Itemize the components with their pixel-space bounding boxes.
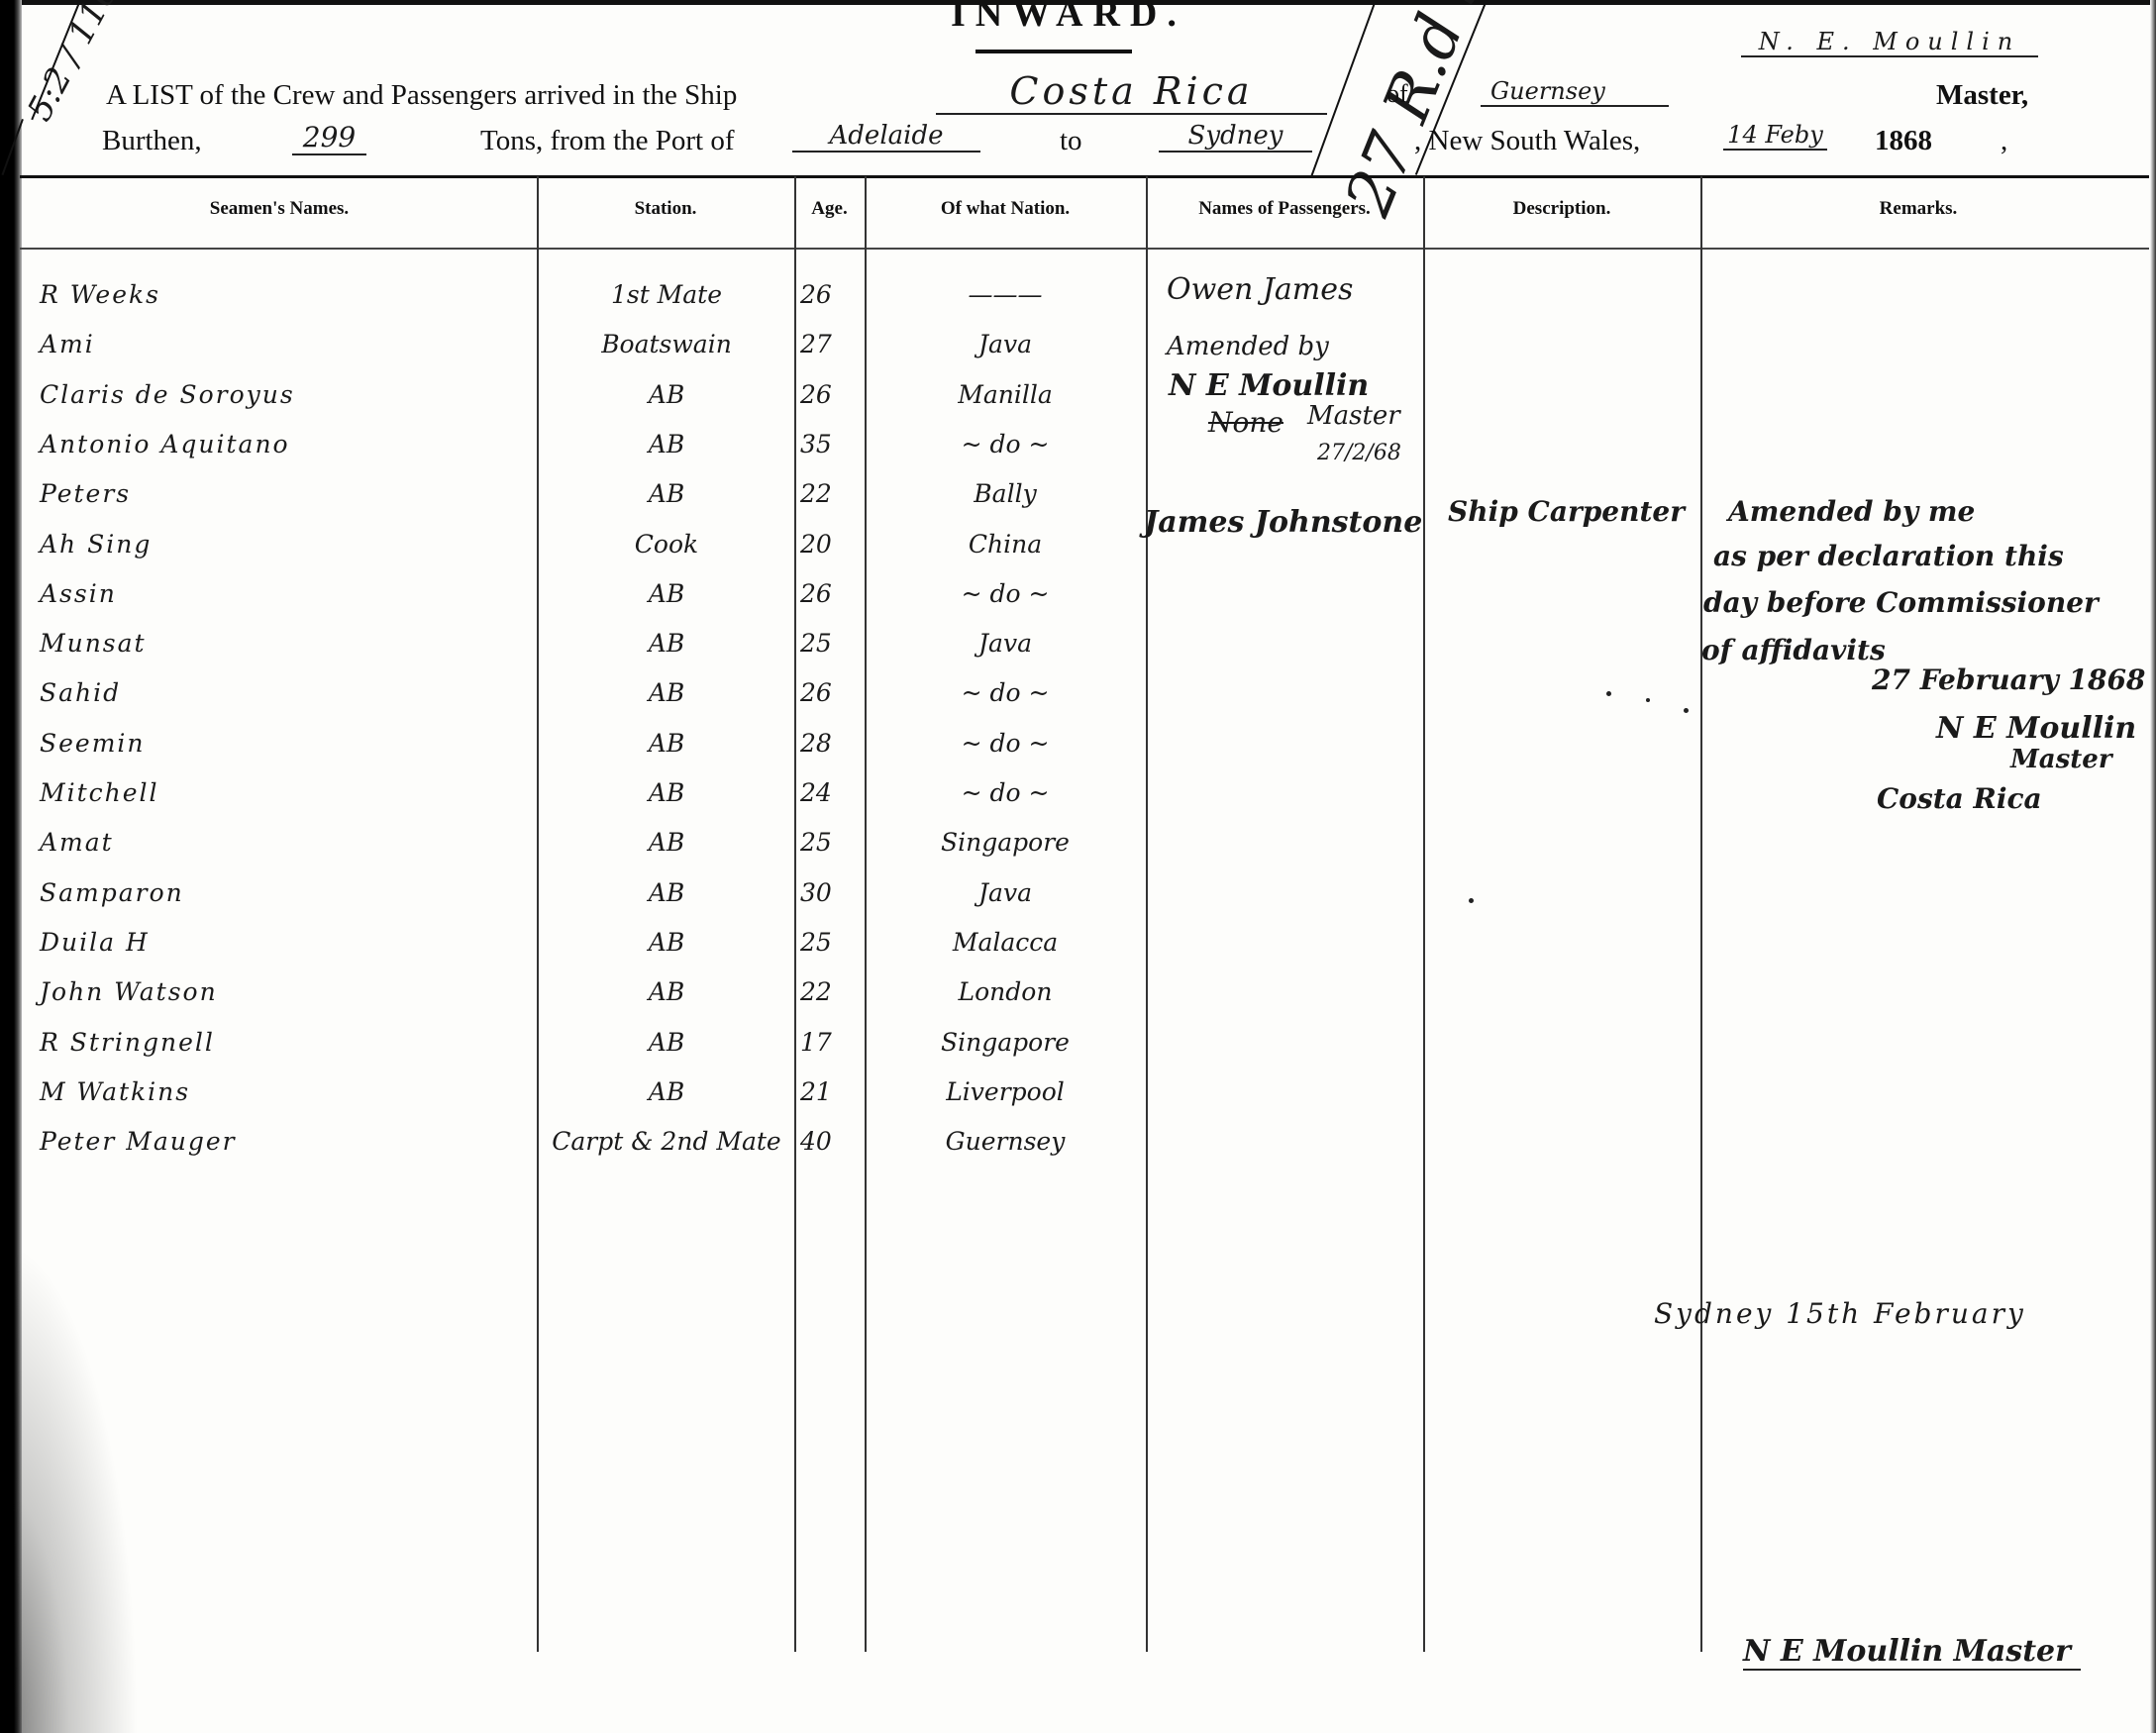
column-header-nation: Of what Nation.	[865, 198, 1146, 220]
seaman-age: 17	[800, 1028, 860, 1057]
seaman-nation: Java	[872, 878, 1139, 907]
burthen-label: Burthen,	[102, 125, 202, 157]
remarks-line: of affidavits	[1701, 634, 1886, 666]
seaman-name: Claris de Soroyus	[40, 380, 515, 409]
remarks-date: 27 February 1868	[1872, 663, 2145, 696]
of-label: of	[1386, 79, 1408, 109]
remarks-ship: Costa Rica	[1877, 782, 2042, 815]
column-divider	[537, 176, 539, 1652]
seaman-nation: Java	[872, 629, 1139, 658]
passenger-description: Ship Carpenter	[1448, 495, 1685, 528]
seaman-name: R Weeks	[40, 280, 515, 309]
seaman-station: AB	[543, 928, 790, 957]
seaman-age: 35	[800, 430, 860, 459]
seaman-nation: ~ do ~	[872, 678, 1139, 707]
remarks-role: Master	[2010, 745, 2112, 774]
seaman-name: Assin	[40, 579, 515, 608]
seaman-station: AB	[543, 629, 790, 658]
table-top-rule	[20, 175, 2149, 178]
seaman-age: 30	[800, 878, 860, 907]
seaman-nation: Bally	[872, 479, 1139, 508]
amendment-signature: N E Moullin	[1169, 368, 1369, 403]
seaman-nation: Singapore	[872, 1028, 1139, 1057]
seaman-station: AB	[543, 977, 790, 1006]
seaman-nation: ~ do ~	[872, 430, 1139, 459]
seaman-nation: ~ do ~	[872, 579, 1139, 608]
seaman-age: 26	[800, 678, 860, 707]
seaman-age: 21	[800, 1077, 860, 1106]
seaman-nation: Liverpool	[872, 1077, 1139, 1106]
column-divider	[865, 176, 867, 1652]
seaman-name: R Stringnell	[40, 1028, 515, 1057]
to-port: Sydney	[1159, 121, 1312, 153]
passenger-name: James Johnstone	[1144, 505, 1422, 540]
trailing-comma: ,	[2001, 125, 2007, 157]
column-header-passenger-names: Names of Passengers.	[1146, 198, 1423, 220]
seaman-nation: Singapore	[872, 828, 1139, 857]
seaman-name: Peters	[40, 479, 515, 508]
seaman-name: Sahid	[40, 678, 515, 707]
seaman-name: M Watkins	[40, 1077, 515, 1106]
footer-signature: N E Moullin Master	[1743, 1634, 2081, 1671]
seaman-station: AB	[543, 1077, 790, 1106]
seaman-name: Munsat	[40, 629, 515, 658]
seaman-name: Peter Mauger	[40, 1127, 515, 1156]
seaman-name: Ah Sing	[40, 530, 515, 559]
seaman-station: AB	[543, 729, 790, 758]
seaman-name: Amat	[40, 828, 515, 857]
passenger-name: Owen James	[1167, 272, 1353, 307]
from-port: Adelaide	[792, 121, 980, 153]
header-bottom-rule	[20, 248, 2149, 250]
seaman-nation: Guernsey	[872, 1127, 1139, 1156]
master-label: Master,	[1936, 79, 2028, 112]
scan-shadow	[0, 1238, 139, 1733]
amendment-role: Master	[1307, 401, 1400, 431]
column-divider	[1423, 176, 1425, 1652]
seaman-nation: ~ do ~	[872, 729, 1139, 758]
column-divider	[1700, 176, 1702, 1652]
footer-place-date: Sydney 15th February	[1654, 1297, 2026, 1330]
seaman-nation: ~ do ~	[872, 778, 1139, 807]
column-divider	[794, 176, 796, 1652]
title-underline	[975, 50, 1132, 53]
burthen-value: 299	[292, 121, 366, 155]
page-title: INWARD.	[951, 0, 1186, 36]
seaman-age: 22	[800, 977, 860, 1006]
seaman-age: 28	[800, 729, 860, 758]
seaman-name: Ami	[40, 330, 515, 358]
seaman-age: 26	[800, 380, 860, 409]
seaman-name: Mitchell	[40, 778, 515, 807]
ship-name: Costa Rica	[936, 69, 1327, 115]
seaman-station: AB	[543, 479, 790, 508]
seaman-name: Duila H	[40, 928, 515, 957]
seaman-station: AB	[543, 678, 790, 707]
home-port: Guernsey	[1481, 77, 1669, 107]
seaman-age: 27	[800, 330, 860, 358]
ink-speck	[1606, 691, 1611, 696]
column-divider	[1146, 176, 1148, 1652]
arrival-date: 14 Feby	[1723, 121, 1827, 151]
column-header-remarks: Remarks.	[1700, 198, 2136, 220]
seaman-station: Cook	[543, 530, 790, 559]
arrival-year: 1868	[1875, 125, 1932, 157]
seaman-station: 1st Mate	[543, 280, 790, 309]
seaman-station: AB	[543, 878, 790, 907]
scan-edge-right	[2150, 0, 2156, 1733]
seaman-station: Boatswain	[543, 330, 790, 358]
column-header-seamen-names: Seamen's Names.	[22, 198, 537, 220]
amendment-date: 27/2/68	[1317, 441, 1401, 465]
seaman-nation: Manilla	[872, 380, 1139, 409]
seaman-name: John Watson	[40, 977, 515, 1006]
seaman-age: 25	[800, 629, 860, 658]
remarks-line: as per declaration this	[1713, 540, 2064, 572]
column-header-station: Station.	[537, 198, 794, 220]
column-header-description: Description.	[1423, 198, 1700, 220]
remarks-line: Amended by me	[1728, 495, 1975, 528]
remarks-signature: N E Moullin	[1936, 711, 2136, 746]
tons-label: Tons, from the Port of	[480, 125, 735, 157]
amendment-note: Amended by	[1167, 332, 1329, 361]
seaman-name: Samparon	[40, 878, 515, 907]
seaman-station: AB	[543, 430, 790, 459]
seaman-age: 40	[800, 1127, 860, 1156]
to-label: to	[1060, 125, 1082, 157]
seaman-station: AB	[543, 778, 790, 807]
column-header-age: Age.	[794, 198, 865, 220]
seaman-age: 25	[800, 828, 860, 857]
seaman-station: AB	[543, 1028, 790, 1057]
remarks-line: day before Commissioner	[1703, 586, 2099, 619]
seaman-nation: London	[872, 977, 1139, 1006]
ink-speck	[1684, 708, 1689, 713]
seaman-age: 26	[800, 280, 860, 309]
seaman-age: 22	[800, 479, 860, 508]
seaman-nation: China	[872, 530, 1139, 559]
seaman-age: 26	[800, 579, 860, 608]
seaman-age: 25	[800, 928, 860, 957]
seaman-nation: Malacca	[872, 928, 1139, 957]
master-name: N. E. Moullin	[1741, 28, 2038, 57]
seaman-station: AB	[543, 579, 790, 608]
seaman-name: Antonio Aquitano	[40, 430, 515, 459]
seaman-age: 20	[800, 530, 860, 559]
seaman-name: Seemin	[40, 729, 515, 758]
struck-out-text: None	[1208, 406, 1283, 439]
header-line1-prefix: A LIST of the Crew and Passengers arrive…	[106, 79, 737, 112]
seaman-station: AB	[543, 380, 790, 409]
seaman-nation: Java	[872, 330, 1139, 358]
seaman-age: 24	[800, 778, 860, 807]
seaman-station: AB	[543, 828, 790, 857]
ink-speck	[1646, 698, 1650, 702]
nsw-label: , New South Wales,	[1414, 125, 1640, 157]
ink-speck	[1469, 898, 1474, 903]
seaman-station: Carpt & 2nd Mate	[543, 1127, 790, 1156]
seaman-nation: ———	[872, 280, 1139, 309]
